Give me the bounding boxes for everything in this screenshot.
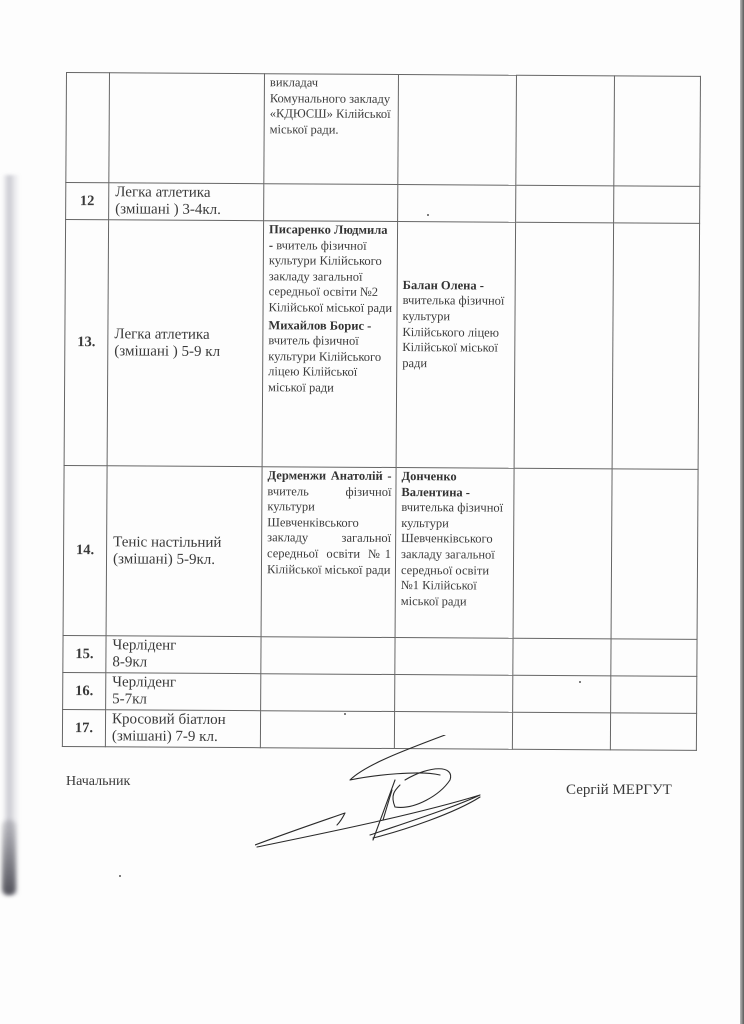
judge-desc: вчитель фізичної культури Кілійського за… bbox=[269, 238, 393, 315]
assistant-name: Донченко Валентина - bbox=[401, 469, 470, 499]
empty-cell bbox=[611, 469, 698, 640]
scan-speck bbox=[427, 214, 429, 216]
scan-shadow bbox=[2, 175, 20, 895]
scan-speck bbox=[344, 713, 346, 715]
row-number: 15. bbox=[63, 635, 106, 672]
scan-speck bbox=[579, 681, 581, 683]
judge-entry: Писаренко Людмила - вчитель фізичної кул… bbox=[269, 222, 394, 316]
sport-cell: Черліденг 5-7кл bbox=[106, 673, 261, 711]
row-number: 16. bbox=[63, 672, 106, 709]
assistant-cell bbox=[398, 75, 517, 186]
empty-cell bbox=[610, 713, 696, 751]
sport-cell: Кросовий біатлон (змішані) 7-9 кл. bbox=[105, 710, 260, 748]
sport-category: (змішані) 7-9 кл. bbox=[112, 728, 256, 746]
table-row: 14. Теніс настільний (змішані) 5-9кл. Де… bbox=[63, 465, 698, 639]
row-number: 12 bbox=[66, 183, 109, 220]
judge-entry: Михайлов Борис - вчитель фізичної культу… bbox=[268, 318, 392, 397]
assistant-cell: Донченко Валентина - вчителька фізичної … bbox=[395, 468, 514, 639]
empty-cell bbox=[611, 676, 697, 714]
table-row: викладач Комунального закладу «КДЮСШ» Кі… bbox=[66, 73, 701, 187]
sport-category: (змішані) 5-9кл. bbox=[113, 551, 257, 569]
scan-shadow bbox=[2, 820, 16, 895]
signature-icon bbox=[255, 735, 495, 855]
assistant-cell bbox=[395, 638, 513, 676]
assistant-entry: Балан Олена - вчителька фізичної культур… bbox=[402, 278, 511, 372]
signatory-position: Начальник bbox=[66, 774, 130, 790]
sport-cell: Легка атлетика (змішані ) 5-9 кл bbox=[107, 220, 263, 467]
table-row: 15. Черліденг 8-9кл bbox=[63, 635, 697, 676]
judge-name: Дерменжи Анатолій - bbox=[267, 468, 391, 483]
judge-desc: вчитель фізичної культури Шевченківськог… bbox=[267, 484, 392, 577]
sport-name: Легка атлетика bbox=[115, 184, 259, 202]
judge-cell: Дерменжи Анатолій - вчитель фізичної кул… bbox=[261, 467, 396, 638]
signatory-name: Сергій МЕРГУТ bbox=[566, 782, 672, 799]
judge-name: Михайлов Борис - bbox=[268, 318, 371, 333]
assistant-desc: вчителька фізичної культури Кілійського … bbox=[402, 293, 504, 370]
table-row: 12 Легка атлетика (змішані ) 3-4кл. bbox=[66, 183, 700, 224]
sport-name: Теніс настільний bbox=[113, 534, 257, 552]
assistant-name: Балан Олена - bbox=[403, 278, 484, 292]
sport-cell: Легка атлетика (змішані ) 3-4кл. bbox=[109, 183, 264, 221]
empty-cell bbox=[612, 223, 700, 470]
empty-cell bbox=[513, 638, 611, 676]
empty-cell bbox=[513, 468, 612, 639]
sport-name: Кросовий біатлон bbox=[112, 711, 256, 729]
judge-cell: викладач Комунального закладу «КДЮСШ» Кі… bbox=[264, 74, 399, 185]
empty-cell bbox=[614, 186, 700, 224]
sport-cell: Черліденг 8-9кл bbox=[106, 636, 261, 674]
empty-cell bbox=[611, 639, 697, 677]
judge-cell bbox=[261, 674, 395, 712]
empty-cell bbox=[614, 76, 701, 187]
judge-cell bbox=[264, 184, 398, 222]
empty-cell bbox=[516, 75, 615, 186]
assistant-cell bbox=[398, 185, 516, 223]
scan-speck bbox=[119, 875, 121, 877]
sport-category: (змішані ) 3-4кл. bbox=[115, 201, 259, 219]
row-number: 13. bbox=[64, 220, 109, 466]
assistant-cell bbox=[395, 675, 513, 713]
sport-category: (змішані ) 5-9 кл bbox=[114, 343, 258, 361]
sport-name: Легка атлетика bbox=[114, 326, 258, 344]
assistant-desc: вчителька фізичної культури Шевченківськ… bbox=[401, 500, 503, 608]
row-number bbox=[66, 73, 110, 183]
table-row: 16. Черліденг 5-7кл bbox=[63, 672, 697, 713]
sport-cell bbox=[109, 73, 265, 184]
judge-desc: викладач Комунального закладу «КДЮСШ» Кі… bbox=[270, 75, 391, 136]
table-row: 13. Легка атлетика (змішані ) 5-9 кл Пис… bbox=[64, 220, 699, 470]
empty-cell bbox=[512, 712, 610, 750]
row-number: 14. bbox=[63, 465, 107, 635]
judge-cell: Писаренко Людмила - вчитель фізичної кул… bbox=[262, 221, 398, 468]
judges-table: викладач Комунального закладу «КДЮСШ» Кі… bbox=[62, 72, 701, 751]
scan-edge bbox=[740, 0, 744, 1024]
sport-cell: Теніс настільний (змішані) 5-9кл. bbox=[106, 466, 262, 637]
sport-name: Черліденг bbox=[112, 637, 256, 655]
judge-cell bbox=[261, 637, 395, 675]
sport-name: Черліденг bbox=[112, 674, 256, 692]
judge-desc: вчитель фізичної культури Кілійського лі… bbox=[268, 333, 381, 394]
assistant-cell: Балан Олена - вчителька фізичної культур… bbox=[396, 222, 516, 469]
empty-cell bbox=[516, 185, 614, 223]
empty-cell bbox=[513, 675, 611, 713]
sport-category: 5-7кл bbox=[112, 691, 256, 709]
sport-category: 8-9кл bbox=[112, 654, 256, 672]
empty-cell bbox=[514, 222, 614, 469]
row-number: 17. bbox=[62, 709, 105, 746]
